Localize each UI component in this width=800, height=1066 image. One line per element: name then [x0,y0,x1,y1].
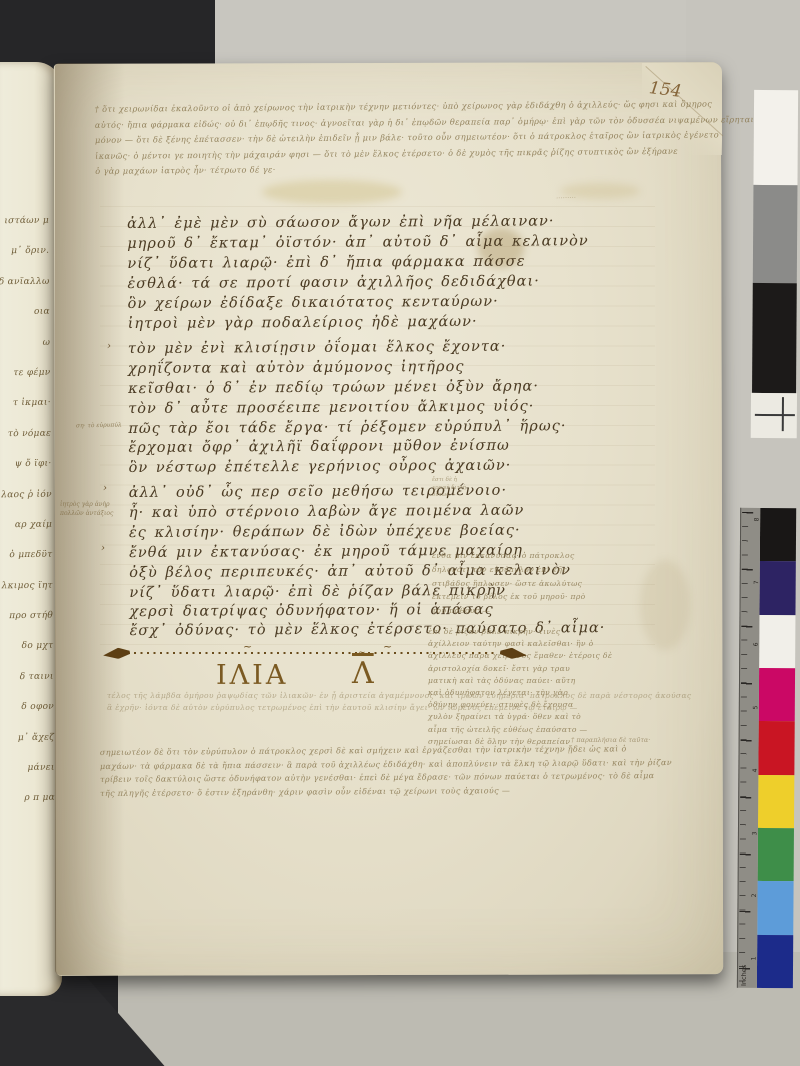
dotted-divider-line [134,652,496,654]
color-patch-red [758,721,794,775]
hypothesis-line: ἃ ἐχρῆν· ἰόντα δὲ αὐτὸν εὐρύπυλος τετρωμ… [107,702,692,714]
ruler-number: 1 [751,956,758,960]
hypothesis-line: τέλος τῆς λάμβδα ὁμήρου ῥαψῳδίας τῶν ἰλι… [107,690,692,702]
color-patch-magenta [759,668,795,722]
book-number-letter: Λ [352,656,374,691]
right-scholia-lower: ἐπὶ δὲ ῥίζαν βάλε πικρήν· τινὲς ἀχίλλειο… [428,626,612,748]
color-patches-column [757,508,796,988]
paragraphos-mark: › [107,341,111,352]
pen-nib-ornament-icon [102,646,130,660]
ruler-unit-label: Inches [740,965,748,986]
book-title: ΙΛΙΑ [216,660,288,691]
scholia-line: χυλὸν ξηραίνει τὰ ὑγρά· ὅθεν καὶ τὸ [428,711,612,723]
ruler-number: 4 [752,768,759,772]
scholia-line: ἐπὶ δὲ ῥίζαν βάλε πικρήν· τινὲς [428,626,612,638]
iliad-verse: ὃν χείρων ἐδίδαξε δικαιότατος κενταύρων· [127,293,498,314]
iliad-verse: μηροῦ δ᾽ ἔκταμ᾽ ὀϊστόν· ἀπ᾽ αὐτοῦ δ᾽ αἷμ… [127,232,589,254]
color-patch-dark-blue [757,935,793,989]
left-margin-note: ἰητρὸς γὰρ ἀνὴρ [60,501,110,508]
scholia-line: τοῦ πάθους — [432,604,586,618]
scholia-line: ἔνθα μιν ἐκτανύσας· ὁ πάτροκλος [432,549,586,563]
bottom-scholia-block: σημειωτέον δὲ ὅτι τὸν εὐρύπυλον ὁ πάτροκ… [100,742,672,800]
iliad-verse: ἔρχομαι ὄφρ᾽ ἀχιλῆϊ δαΐφρονι μῦθον ἐνίσπ… [128,437,510,458]
flourish-squiggle-icon: ~ [243,640,252,653]
iliad-verse: τὸν μὲν ἐνὶ κλισίῃσιν ὀΐομαι ἕλκος ἔχοντ… [128,338,507,359]
ruler-number: 6 [753,643,760,647]
color-patch-green [758,828,794,882]
color-patch-black [760,508,796,562]
flourish-squiggle-icon: ~ [383,640,392,653]
calibration-patch-white [753,90,798,185]
paragraphos-mark: › [101,543,105,554]
ruler-number: 7 [753,580,760,584]
color-patch-yellow [758,775,794,829]
scholia-line: δηλονότι τὸν εὐρύπυλον ἐπὶ τῆς [432,563,586,577]
main-text-block: ἀλλ᾽ ἐμὲ μὲν σὺ σάωσον ἄγων ἐπὶ νῆα μέλα… [0,0,800,1066]
ruler-number: 3 [752,831,759,835]
iliad-verse: νίζ᾽ ὕδατι λιαρῷ· ἐπὶ δ᾽ ἤπια φάρμακα πά… [127,253,525,274]
book-end-divider: ~ ~ [103,646,527,660]
scholia-line: ἐκτεμεῖν τὸ βέλος ἐκ τοῦ μηροῦ· πρὸ [432,590,586,604]
iliad-verse: ἰητροὶ μὲν γὰρ ποδαλείριος ἠδὲ μαχάων· [128,313,478,334]
ruler-number: 2 [751,894,758,898]
color-patch-white [759,615,795,669]
iliad-verse: χρηΐζοντα καὶ αὐτὸν ἀμύμονος ἰητῆρος [128,358,465,379]
book-hypothesis: τέλος τῆς λάμβδα ὁμήρου ῥαψῳδίας τῶν ἰλι… [107,690,692,713]
right-margin-tiny-note: ἔστι δὲ ἡ γραφὴ διττὴ οὕτως — [432,477,466,500]
iliad-verse: ἦ· καὶ ὑπὸ στέρνοιο λαβὼν ἄγε ποιμένα λα… [129,502,525,523]
tiny-note-line: ἔστι δὲ ἡ [432,477,466,485]
scholia-line: ἀριστολοχία δοκεῖ· ἔστι γὰρ τραυ [428,663,612,675]
iliad-verse: κεῖσθαι· ὁ δ᾽ ἐν πεδίῳ τρώων μένει ὀξὺν … [128,378,539,400]
registration-target [751,393,797,438]
ruler-number: 8 [754,517,761,521]
cross-mark-icon [782,397,784,431]
color-chart-with-ruler: 8 7 6 5 4 3 2 1 Inches [737,508,796,988]
iliad-verse: ἐς κλισίην· θεράπων δὲ ἰδὼν ὑπέχευε βοεί… [129,522,521,543]
iliad-verse: ὃν νέστωρ ἐπέτελλε γερήνιος οὖρος ἀχαιῶν… [128,457,511,478]
pen-nib-ornament-icon [499,646,527,660]
iliad-verse: ἐσθλά· τά σε προτί φασιν ἀχιλλῆος δεδιδά… [127,272,540,294]
right-scholia-upper: ἔνθα μιν ἐκτανύσας· ὁ πάτροκλος δηλονότι… [432,549,586,618]
scholia-line: ματικὴ καὶ τὰς ὀδύνας παύει· αὕτη [428,675,612,687]
ruler-number: 5 [752,706,759,710]
color-calibration-strip: 8 7 6 5 4 3 2 1 Inches [737,90,799,988]
manuscript-photo-scene: ιστάων μ μ᾽ ὄριν. δ ανϊαλλω οια ω τε φέμ… [0,0,800,1066]
tiny-note-line: οὕτως — [432,492,466,500]
paragraphos-mark: › [103,483,107,494]
scholia-line: στιβάδος ἥπλωσεν· ὥστε ἀκωλύτως [432,577,586,591]
scholia-line: αἷμα τῆς ὠτειλῆς εὐθέως ἐπαύσατο — [428,724,612,736]
calibration-patch-gray [753,185,798,283]
calibration-patch-black [752,283,797,393]
tiny-note-line: γραφὴ διττὴ [432,485,466,493]
color-patch-navy [759,561,795,615]
left-margin-note: πολλῶν ἀντάξιος [60,510,113,517]
iliad-verse: ἀλλ᾽ ἐμὲ μὲν σὺ σάωσον ἄγων ἐπὶ νῆα μέλα… [127,212,555,234]
left-margin-note: ση· τὸ εὐρυπύλ [76,422,122,430]
strip-gap [740,438,796,508]
iliad-verse: τὸν δ᾽ αὖτε προσέειπε μενοιτίου ἄλκιμος … [128,398,534,419]
inch-ruler: 8 7 6 5 4 3 2 1 Inches [737,508,760,988]
cross-mark-icon [755,414,795,416]
color-patch-light-blue [757,881,793,935]
